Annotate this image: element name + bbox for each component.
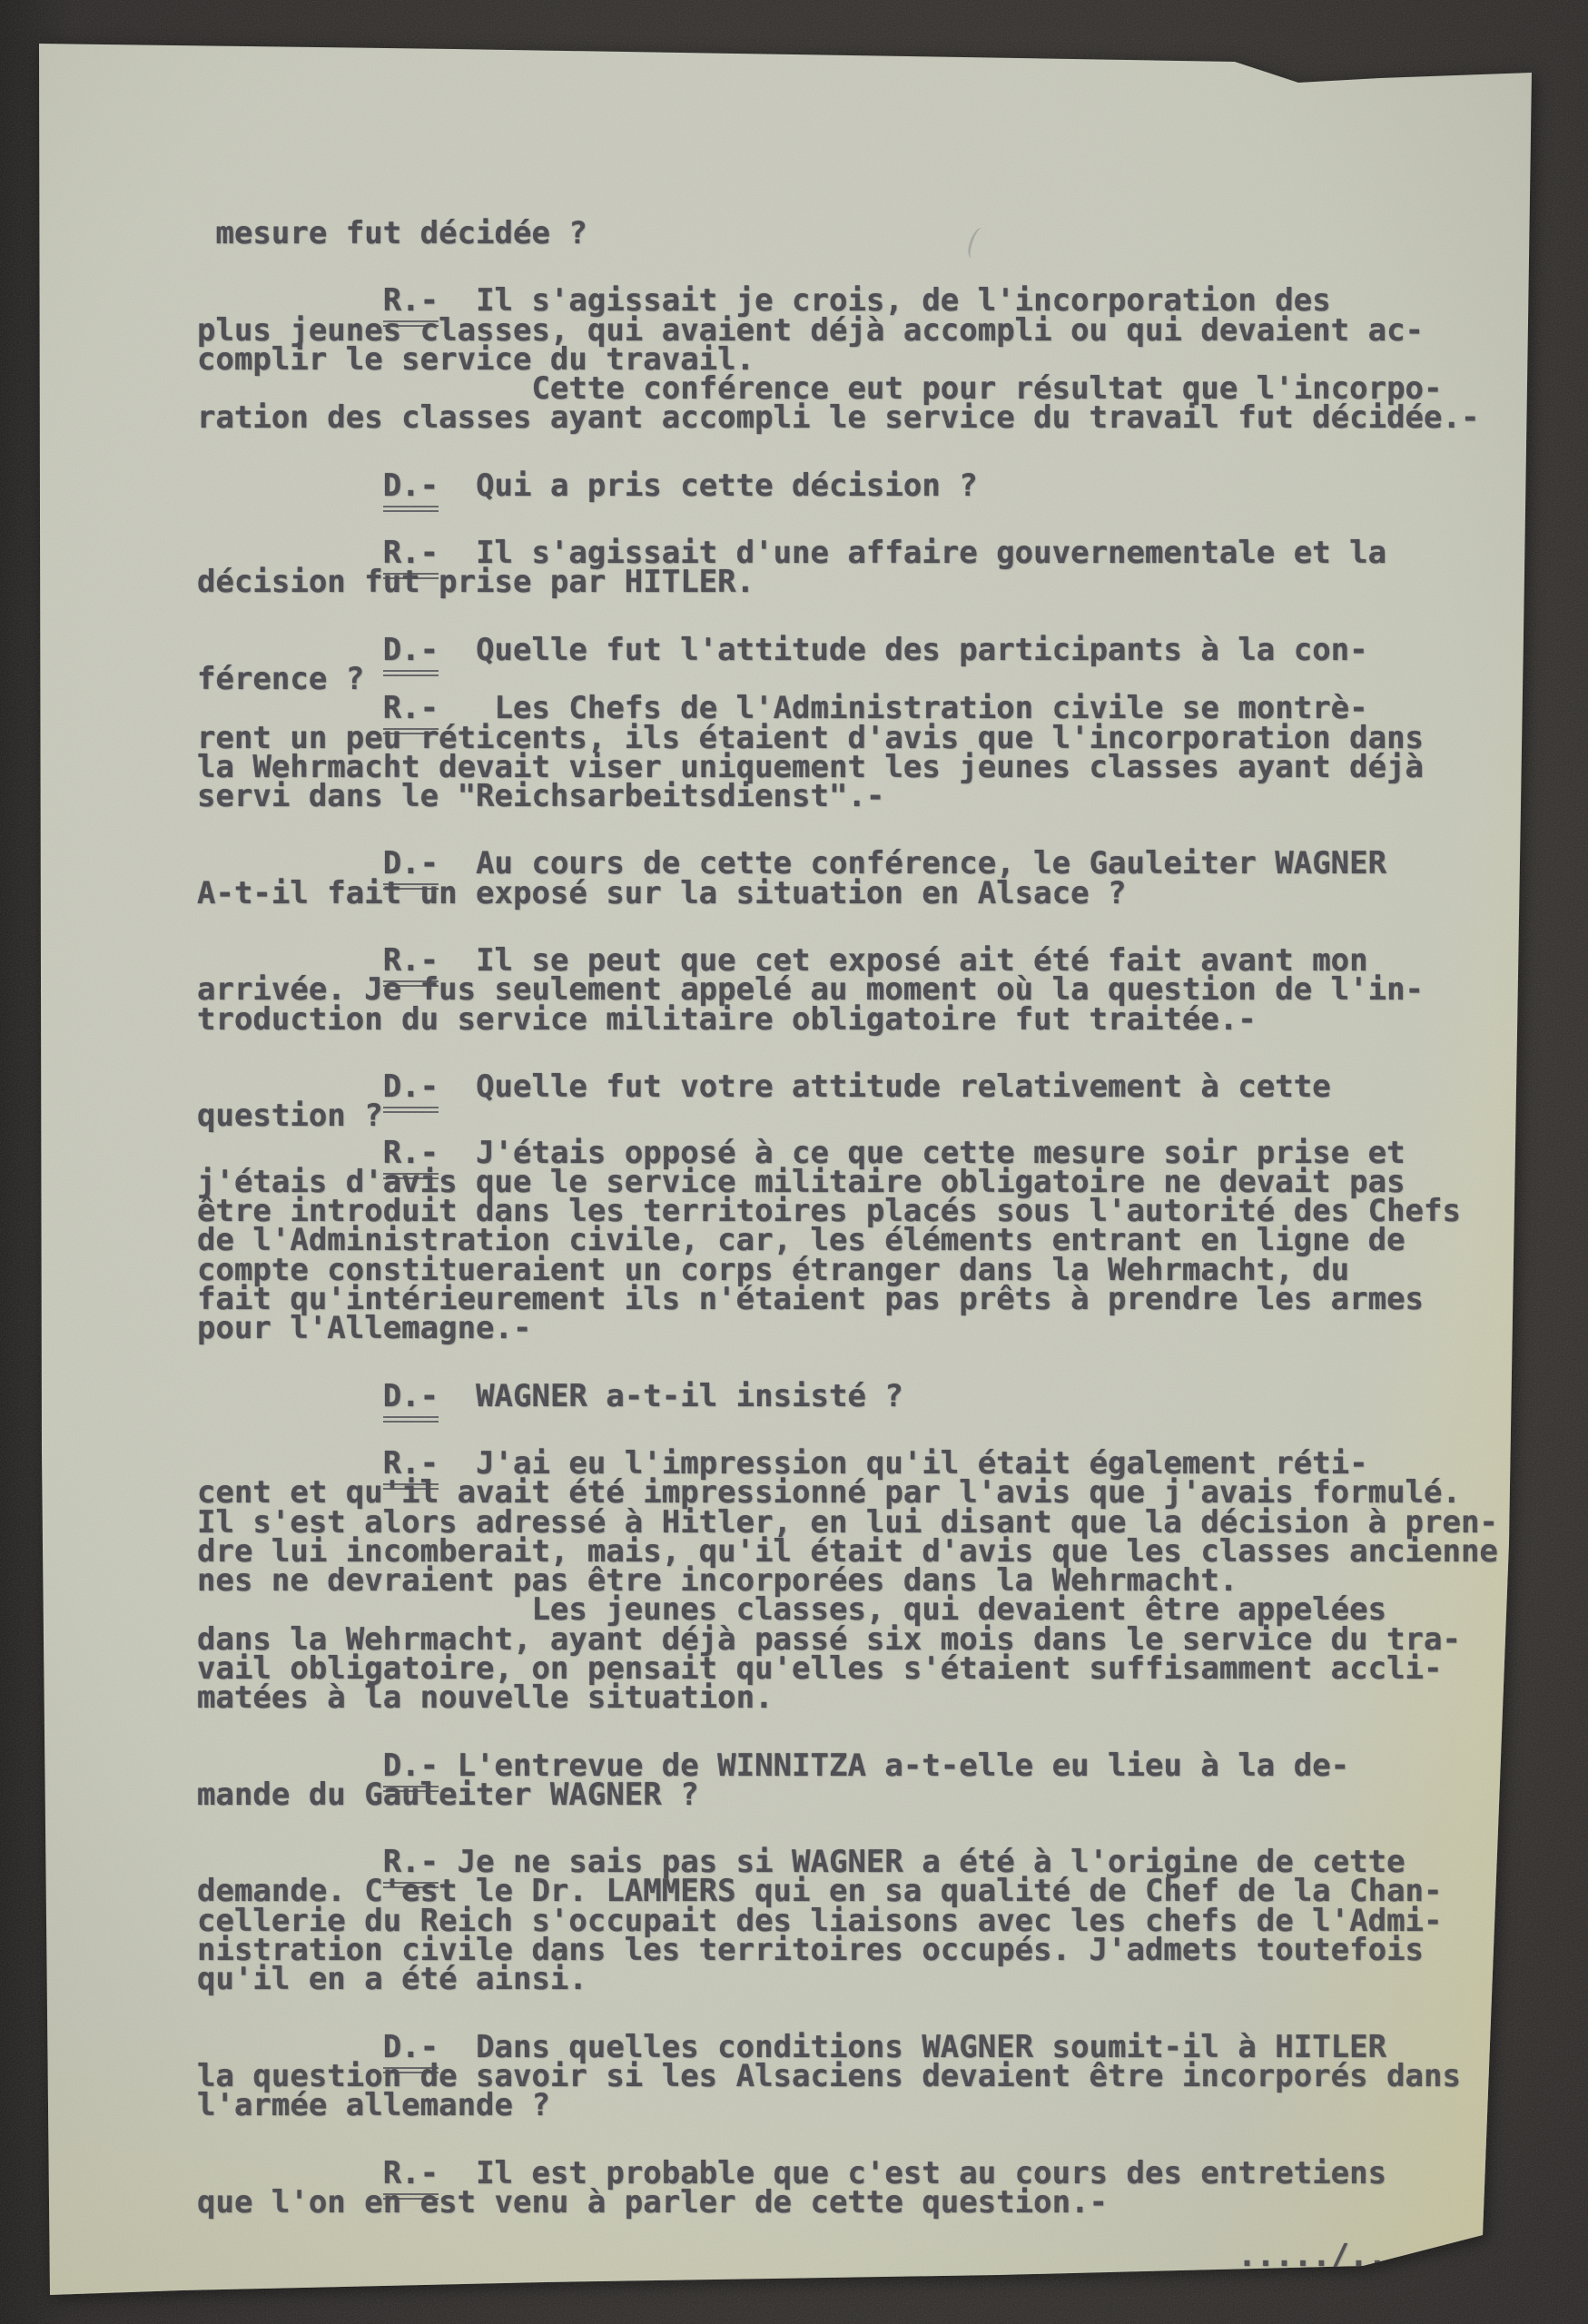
doc-line: demande. C'est le Dr. LAMMERS qui en sa … [197, 1876, 1498, 1905]
question-8: D.- Dans quelles conditions WAGNER soumi… [197, 2033, 1498, 2121]
doc-line: D.- Quelle fut l'attitude des participan… [197, 635, 1498, 665]
doc-line: ration des classes ayant accompli le ser… [197, 403, 1498, 432]
doc-line: mande du Gauleiter WAGNER ? [197, 1780, 1498, 1809]
answer-5: R.- J'étais opposé à ce que cette mesure… [197, 1138, 1498, 1344]
doc-line: pour l'Allemagne.- [197, 1314, 1498, 1343]
question-7: D.- L'entrevue de WINNITZA a-t-elle eu l… [197, 1751, 1498, 1810]
doc-line: matées à la nouvelle situation. [197, 1683, 1498, 1712]
doc-line: Les jeunes classes, qui devaient être ap… [197, 1595, 1498, 1624]
answer-8: R.- Il est probable que c'est au cours d… [197, 2159, 1498, 2218]
doc-line: rent un peu réticents, ils étaient d'avi… [197, 724, 1498, 753]
doc-line: de l'Administration civile, car, les élé… [197, 1226, 1498, 1255]
opening-line: mesure fut décidée ? [197, 219, 1498, 248]
question-marker: D.- [383, 632, 439, 676]
doc-line: D.- WAGNER a-t-il insisté ? [197, 1382, 1498, 1411]
question-6: D.- WAGNER a-t-il insisté ? [197, 1382, 1498, 1411]
question-4: D.- Au cours de cette conférence, le Gau… [197, 849, 1498, 908]
doc-line: arrivée. Je fus seulement appelé au mome… [197, 975, 1498, 1004]
doc-line: R.- Il s'agissait je crois, de l'incorpo… [197, 286, 1498, 315]
doc-line: troduction du service militaire obligato… [197, 1005, 1498, 1034]
doc-line: D.- Quelle fut votre attitude relativeme… [197, 1072, 1498, 1101]
question-marker: D.- [383, 468, 439, 512]
paper-shadow-wrap: mesure fut décidée ? R.- Il s'agissait j… [0, 0, 1588, 2324]
answer-3: R.- Les Chefs de l'Administration civile… [197, 694, 1498, 811]
doc-line: ...../... [197, 2241, 1498, 2270]
document-page: mesure fut décidée ? R.- Il s'agissait j… [0, 0, 1588, 2324]
question-marker: D.- [383, 1378, 439, 1423]
answer-4: R.- Il se peut que cet exposé ait été fa… [197, 946, 1498, 1034]
continuation-mark: ...../... [197, 2241, 1498, 2270]
doc-line: que l'on en est venu à parler de cette q… [197, 2188, 1498, 2217]
document-text: mesure fut décidée ? R.- Il s'agissait j… [197, 219, 1498, 2270]
doc-line: D.- Au cours de cette conférence, le Gau… [197, 849, 1498, 878]
doc-line: Il s'est alors adressé à Hitler, en lui … [197, 1508, 1498, 1537]
scanner-background: mesure fut décidée ? R.- Il s'agissait j… [0, 0, 1588, 2324]
doc-line: A-t-il fait un exposé sur la situation e… [197, 879, 1498, 908]
question-2: D.- Qui a pris cette décision ? [197, 471, 1498, 500]
doc-line: décision fut prise par HITLER. [197, 567, 1498, 596]
doc-line: R.- Les Chefs de l'Administration civile… [197, 694, 1498, 723]
question-3: D.- Quelle fut l'attitude des participan… [197, 635, 1498, 694]
answer-1: R.- Il s'agissait je crois, de l'incorpo… [197, 286, 1498, 432]
doc-line: servi dans le "Reichsarbeitsdienst".- [197, 782, 1498, 811]
doc-line: R.- J'étais opposé à ce que cette mesure… [197, 1138, 1498, 1167]
answer-2: R.- Il s'agissait d'une affaire gouverne… [197, 538, 1498, 597]
doc-line: qu'il en a été ainsi. [197, 1965, 1498, 1994]
answer-6: R.- J'ai eu l'impression qu'il était éga… [197, 1449, 1498, 1713]
doc-line: l'armée allemande ? [197, 2091, 1498, 2120]
question-marker: D.- [383, 1068, 439, 1113]
answer-7: R.- Je ne sais pas si WAGNER a été à l'o… [197, 1847, 1498, 1994]
question-5: D.- Quelle fut votre attitude relativeme… [197, 1072, 1498, 1131]
doc-line: cent et qu'il avait été impressionné par… [197, 1478, 1498, 1507]
doc-line: R.- Il est probable que c'est au cours d… [197, 2159, 1498, 2188]
doc-line: mesure fut décidée ? [197, 219, 1498, 248]
doc-line: D.- Qui a pris cette décision ? [197, 471, 1498, 500]
